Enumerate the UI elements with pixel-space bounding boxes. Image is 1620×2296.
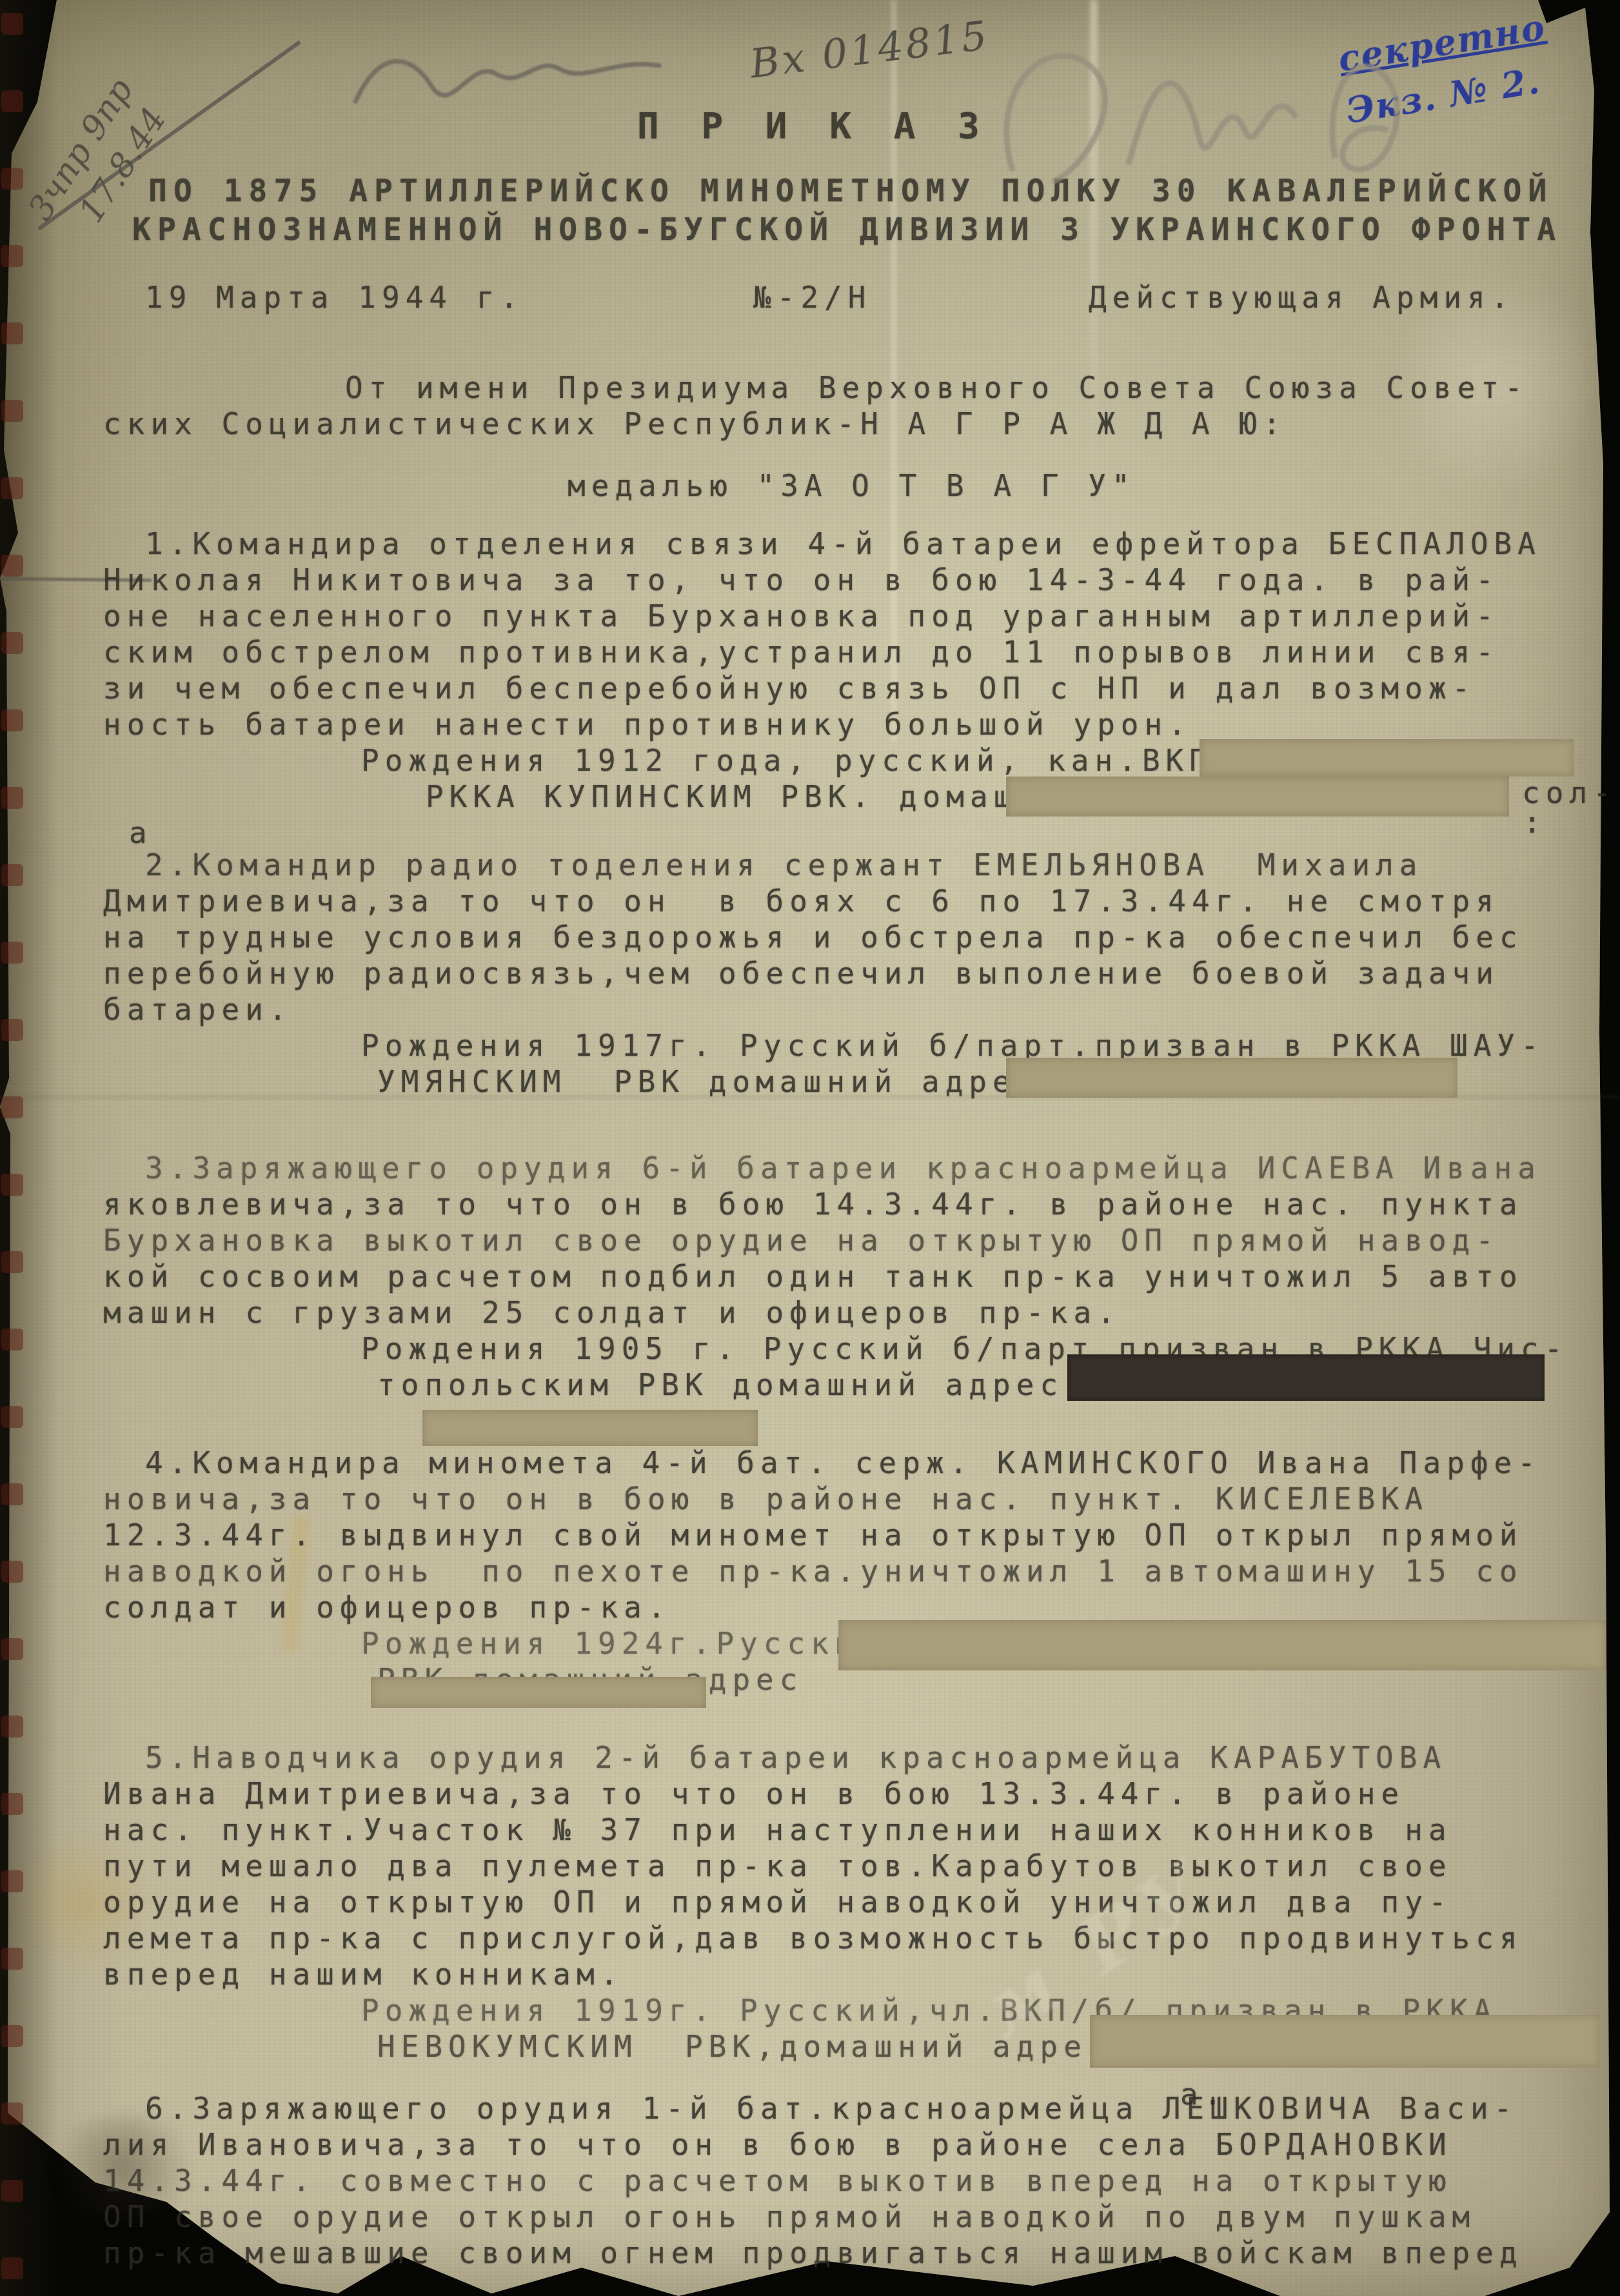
preamble-line1: От имени Президиума Верховного Совета Со…	[345, 373, 1528, 402]
redaction-box	[1006, 777, 1509, 816]
typed-line: 5.Наводчика орудия 2-й батареи красноарм…	[145, 1743, 1447, 1772]
order-number: №-2/Н	[753, 282, 871, 312]
typed-line: батареи.	[103, 995, 293, 1024]
redaction-box	[1200, 739, 1574, 777]
archive-watermark-icon	[1, 1483, 23, 1505]
typed-line: наводкой огонь по пехоте пр-ка.уничтожил…	[103, 1556, 1523, 1586]
typed-line: Рождения 1917г. Русский б/парт.призван в…	[361, 1031, 1545, 1060]
archive-watermark-icon	[1, 1174, 23, 1196]
preamble-line2: ских Социалистических Республик-Н А Г Р …	[103, 409, 1287, 439]
archive-watermark-icon	[1, 168, 23, 190]
army-label: Действующая Армия.	[1089, 282, 1515, 312]
archive-watermark-icon	[1, 400, 23, 422]
typed-line: 2.Командир радио тоделения сержант ЕМЕЛЬ…	[145, 850, 1423, 880]
archive-watermark-icon	[1, 2180, 23, 2202]
typed-fragment: сол-	[1522, 778, 1617, 807]
typed-line: на трудные условия бездорожья и обстрела…	[103, 922, 1523, 952]
archive-watermark-icon	[1, 245, 23, 267]
archive-watermark-icon	[1, 1096, 23, 1118]
typed-line: 3.Заряжающего орудия 6-й батареи красноа…	[145, 1153, 1541, 1183]
typed-line: 14.3.44г. совместно с расчетом выкотив в…	[103, 2166, 1452, 2195]
typed-line: лемета пр-ка с прислугой,дав возможность…	[103, 1923, 1523, 1953]
typed-line: пр-ка мешавшие своим огнем продвигаться …	[103, 2238, 1523, 2268]
scanned-document-page: П Р И К А З ПО 1875 АРТИЛЛЕРИЙСКО МИНОМЕ…	[0, 0, 1620, 2296]
archive-watermark-icon	[1, 1019, 23, 1041]
pencil-strike-line-icon	[13, 26, 322, 245]
archive-watermark-icon	[1, 1716, 23, 1737]
redaction-box	[371, 1677, 706, 1708]
typed-line: Ивана Дмитриевича,за то что он в бою 13.…	[103, 1779, 1405, 1808]
archive-watermark-icon	[1, 1638, 23, 1660]
pencil-scribble-icon	[335, 19, 696, 135]
archive-watermark-icon	[1, 2025, 23, 2047]
archive-watermark-icon	[1, 1948, 23, 1970]
typed-line: зи чем обеспечил бесперебойную связь ОП …	[103, 673, 1476, 703]
typed-line: Бурхановка выкотил свое орудие на открыт…	[103, 1225, 1499, 1255]
archive-watermark-icon	[1, 1329, 23, 1351]
typed-line: новича,за то что он в бою в районе нас. …	[103, 1484, 1428, 1514]
typed-line: ским обстрелом противника,устранил до 11…	[103, 637, 1499, 667]
archive-watermark-icon	[1, 322, 23, 344]
typed-line: кой сосвоим расчетом подбил один танк пр…	[103, 1262, 1523, 1291]
redaction-box	[1067, 1354, 1545, 1401]
archive-watermark-icon	[1, 477, 23, 499]
typed-line: лия Ивановича,за то что он в бою в район…	[103, 2130, 1452, 2159]
typed-line: Николая Никитовича за то, что он в бою 1…	[103, 565, 1499, 595]
archive-watermark-icon	[1, 1561, 23, 1583]
typed-line: орудие на открытую ОП и прямой наводкой …	[103, 1887, 1452, 1917]
redaction-box	[838, 1620, 1606, 1670]
typed-line: яковлевича,за то что он в бою 14.3.44г. …	[103, 1189, 1523, 1219]
typed-line: 1.Командира отделения связи 4-й батареи …	[145, 529, 1541, 559]
typed-line: 6.Заряжающего орудия 1-й бат.красноармей…	[145, 2093, 1517, 2123]
typed-line: нас. пункт.Участок № 37 при наступлении …	[103, 1815, 1452, 1845]
typed-line: Дмитриевича,за то что он в боях с 6 по 1…	[103, 886, 1499, 916]
typed-line: ность батареи нанести противнику большой…	[103, 709, 1192, 739]
pencil-signature-icon	[935, 6, 1528, 219]
archive-watermark-icon	[1, 709, 23, 731]
typed-line: 4.Командира миномета 4-й бат. серж. КАМИ…	[145, 1448, 1541, 1478]
archive-watermark-icon	[1, 787, 23, 809]
order-date: 19 Марта 1944 г.	[145, 282, 524, 312]
archive-watermark-icon	[1, 13, 23, 35]
archive-watermark-icon	[1, 1251, 23, 1273]
redaction-box	[1090, 2015, 1599, 2068]
typed-fragment: :	[1523, 807, 1547, 837]
archive-watermark-icon	[1, 2103, 23, 2124]
archive-watermark-icon	[1, 864, 23, 886]
archive-watermark-icon	[1, 1406, 23, 1428]
typed-line: солдат и офицеров пр-ка.	[103, 1592, 671, 1622]
typed-line: машин с грузами 25 солдат и офицеров пр-…	[103, 1298, 1121, 1327]
typed-line: УМЯНСКИМ РВК домашний адрес,	[377, 1067, 1063, 1096]
archive-watermark-icon	[1, 942, 23, 964]
typed-line: топольским РВК домашний адрес	[377, 1370, 1063, 1400]
typed-line: оне населенного пункта Бурхановка под ур…	[103, 601, 1499, 631]
archive-watermark-icon	[1, 1793, 23, 1815]
typed-line: вперед нашим конникам.	[103, 1959, 624, 1989]
typed-line: перебойную радиосвязь,чем обеспечил выпо…	[103, 958, 1499, 988]
archive-watermark-icon	[1, 90, 23, 112]
typed-line: а	[129, 818, 153, 847]
medal-line: медалью "ЗА О Т В А Г У"	[568, 471, 1136, 500]
archive-watermark-icon	[1, 632, 23, 654]
typed-line: 12.3.44г. выдвинул свой миномет на откры…	[103, 1520, 1523, 1550]
redaction-box	[1006, 1058, 1457, 1098]
redaction-box	[422, 1410, 758, 1446]
typed-line: ОП свое орудие открыл огонь прямой навод…	[103, 2202, 1476, 2232]
archive-watermark-icon	[1, 2257, 23, 2279]
typed-line: пути мешало два пулемета пр-ка тов.Караб…	[103, 1851, 1452, 1881]
archive-watermark-icon	[1, 1870, 23, 1892]
archive-watermark-icon	[1, 555, 23, 577]
